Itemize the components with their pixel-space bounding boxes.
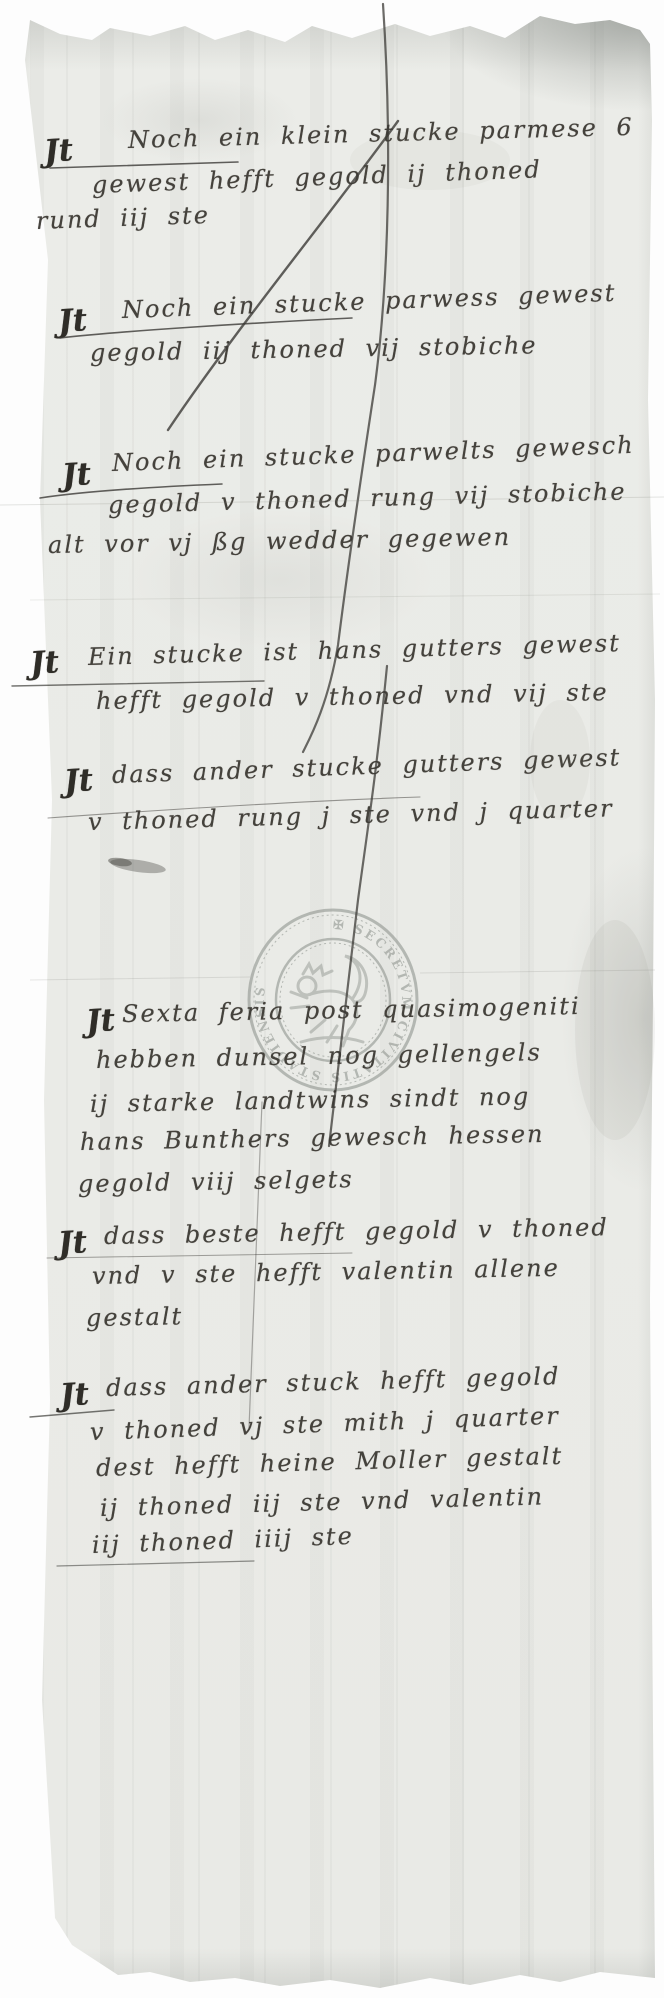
- item-marker: Jt: [29, 644, 60, 682]
- item-marker: Jt: [43, 132, 74, 170]
- item-marker: Jt: [57, 1224, 88, 1262]
- entry-line: gegold viij selgets: [78, 1165, 354, 1198]
- item-marker: Jt: [59, 1376, 90, 1414]
- item-marker: Jt: [85, 1002, 116, 1040]
- item-marker: Jt: [63, 762, 94, 800]
- item-marker: Jt: [57, 302, 88, 340]
- entry-line: gestalt: [86, 1302, 184, 1332]
- scanned-document: ✠ SECRETVM CIVITATIS STADIENSIS Jt Noch …: [0, 0, 664, 1998]
- item-marker: Jt: [61, 456, 92, 494]
